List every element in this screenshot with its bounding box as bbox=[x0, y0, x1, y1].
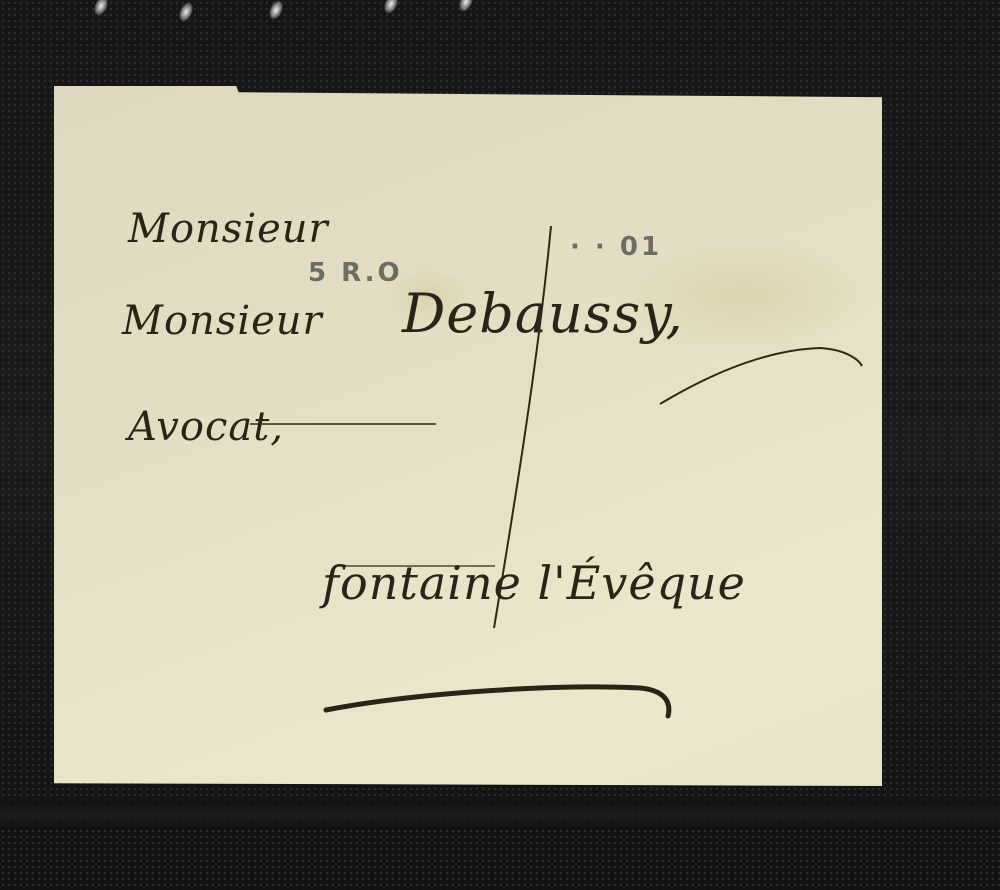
ink-flourishes bbox=[0, 0, 1000, 890]
closing-underline bbox=[326, 687, 669, 716]
name-flourish bbox=[660, 348, 862, 404]
rate-stroke bbox=[494, 226, 551, 628]
